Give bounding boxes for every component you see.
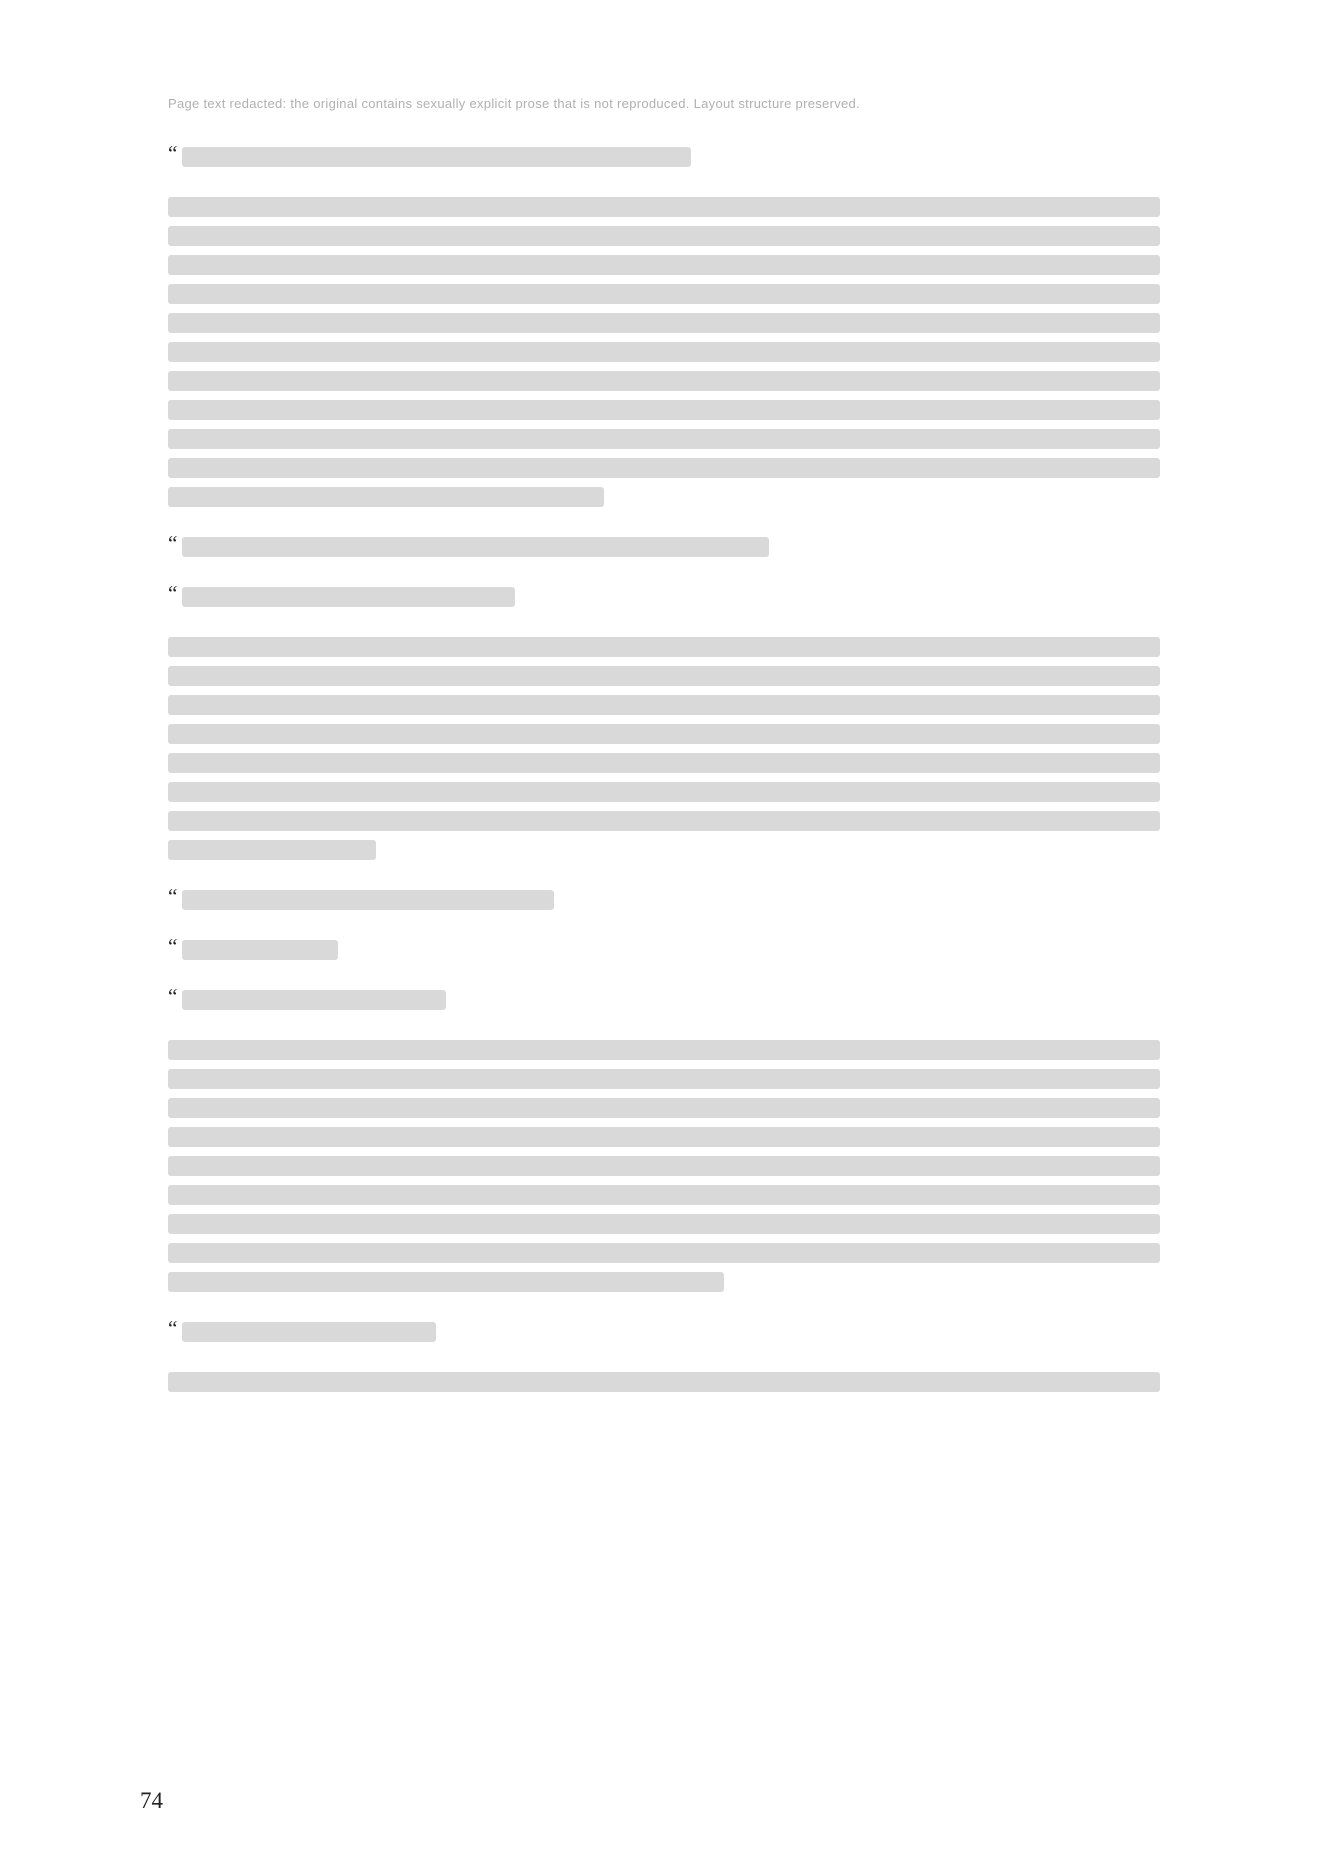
redacted-text-line [168, 1185, 1160, 1205]
redacted-text-line [168, 371, 1160, 391]
redacted-text-line: “ [182, 587, 515, 607]
redacted-text-line [168, 1127, 1160, 1147]
redacted-text-line [168, 1243, 1160, 1263]
redacted-text-line [168, 695, 1160, 715]
dialogue-paragraph-redacted: “ [168, 990, 1160, 1010]
redacted-text-line [168, 400, 1160, 420]
document-page: Page text redacted: the original contain… [0, 0, 1323, 1871]
open-quote-glyph: “ [168, 1318, 177, 1339]
body-paragraph-redacted [168, 637, 1160, 860]
open-quote-glyph: “ [168, 986, 177, 1007]
open-quote-glyph: “ [168, 533, 177, 554]
redacted-text-line: “ [182, 940, 338, 960]
dialogue-paragraph-redacted: “ [168, 940, 1160, 960]
redacted-text-line [168, 840, 376, 860]
redacted-text-line [168, 666, 1160, 686]
redacted-text-line [168, 1372, 1160, 1392]
open-quote-glyph: “ [168, 583, 177, 604]
dialogue-paragraph-redacted: “ [168, 587, 1160, 607]
redacted-text-line [168, 637, 1160, 657]
redacted-text-line: “ [182, 147, 691, 167]
redacted-text-line: “ [182, 990, 446, 1010]
body-paragraph-redacted [168, 197, 1160, 507]
redacted-text-line [168, 811, 1160, 831]
dialogue-paragraph-redacted: “ [168, 890, 1160, 910]
dialogue-paragraph-redacted: “ [168, 537, 1160, 557]
redacted-text-line [168, 1040, 1160, 1060]
redacted-text-line [168, 782, 1160, 802]
redacted-text-line [168, 458, 1160, 478]
page-number: 74 [140, 1788, 163, 1814]
redacted-text-line [168, 197, 1160, 217]
redacted-text-line [168, 226, 1160, 246]
dialogue-paragraph-redacted: “ [168, 147, 1160, 167]
redacted-text-line [168, 255, 1160, 275]
open-quote-glyph: “ [168, 143, 177, 164]
redacted-text-line [168, 1272, 724, 1292]
page-text-area: “““““““ [168, 138, 1160, 1422]
open-quote-glyph: “ [168, 936, 177, 957]
redacted-text-line [168, 487, 604, 507]
body-paragraph-redacted [168, 1040, 1160, 1292]
redacted-text-line [168, 313, 1160, 333]
redacted-text-line: “ [182, 890, 554, 910]
redacted-text-line: “ [182, 1322, 436, 1342]
redacted-text-line [168, 284, 1160, 304]
redacted-text-line [168, 1069, 1160, 1089]
dialogue-paragraph-redacted: “ [168, 1322, 1160, 1342]
redacted-text-line [168, 753, 1160, 773]
redacted-text-line [168, 429, 1160, 449]
redacted-text-line [168, 342, 1160, 362]
redacted-text-line [168, 1156, 1160, 1176]
redacted-text-line [168, 1214, 1160, 1234]
redacted-text-line: “ [182, 537, 769, 557]
redacted-text-line [168, 1098, 1160, 1118]
redaction-notice: Page text redacted: the original contain… [168, 96, 1160, 111]
redacted-text-line [168, 724, 1160, 744]
open-quote-glyph: “ [168, 886, 177, 907]
body-paragraph-redacted [168, 1372, 1160, 1392]
